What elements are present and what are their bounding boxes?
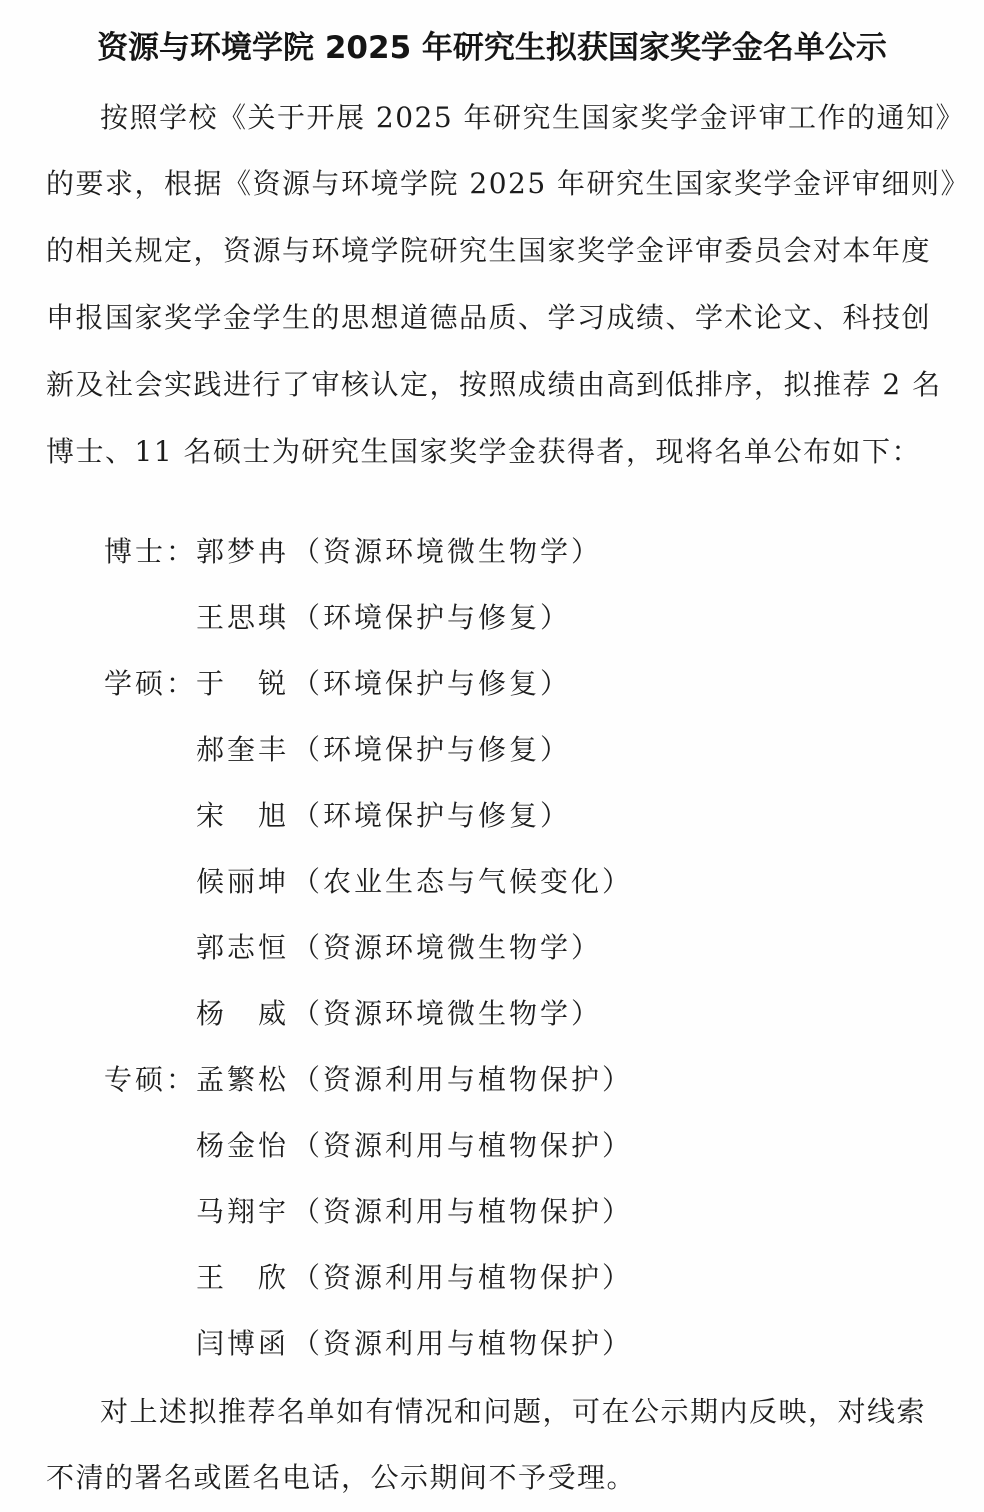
recipient-major: （资源利用与植物保护）: [292, 1190, 633, 1230]
intro-line: 申报国家奖学金学生的思想道德品质、学习成绩、学术论文、科技创: [46, 296, 931, 336]
recipient-major: （资源利用与植物保护）: [292, 1256, 633, 1296]
intro-line: 的相关规定，资源与环境学院研究生国家奖学金评审委员会对本年度: [46, 229, 931, 269]
recipient-name: 王 欣: [196, 1256, 289, 1296]
recipient-name: 王思琪: [196, 596, 289, 636]
recipient-name: 闫博函: [196, 1322, 289, 1362]
recipient-major: （农业生态与气候变化）: [292, 860, 633, 900]
recipient-major: （资源环境微生物学）: [292, 530, 602, 570]
recipient-name: 郭志恒: [196, 926, 289, 966]
recipient-major: （资源环境微生物学）: [292, 926, 602, 966]
recipient-major: （资源环境微生物学）: [292, 992, 602, 1032]
document-title: 资源与环境学院 2025 年研究生拟获国家奖学金名单公示: [0, 22, 984, 67]
recipient-major: （资源利用与植物保护）: [292, 1058, 633, 1098]
recipient-major: （环境保护与修复）: [292, 794, 571, 834]
recipient-name: 杨 威: [196, 992, 289, 1032]
recipient-major: （环境保护与修复）: [292, 596, 571, 636]
degree-category: 博士：: [104, 530, 197, 570]
recipient-name: 马翔宇: [196, 1190, 289, 1230]
recipient-name: 于 锐: [196, 662, 289, 702]
recipient-major: （资源利用与植物保护）: [292, 1322, 633, 1362]
recipient-name: 孟繁松: [196, 1058, 289, 1098]
degree-category: 学硕：: [104, 662, 197, 702]
intro-line: 博士、11 名硕士为研究生国家奖学金获得者，现将名单公布如下：: [46, 430, 921, 470]
recipient-name: 候丽坤: [196, 860, 289, 900]
recipient-name: 郝奎丰: [196, 728, 289, 768]
recipient-name: 郭梦冉: [196, 530, 289, 570]
recipient-name: 宋 旭: [196, 794, 289, 834]
closing-line: 对上述拟推荐名单如有情况和问题，可在公示期内反映，对线索: [100, 1390, 926, 1430]
intro-line: 新及社会实践进行了审核认定，按照成绩由高到低排序，拟推荐 2 名: [46, 363, 942, 403]
intro-line: 按照学校《关于开展 2025 年研究生国家奖学金评审工作的通知》: [100, 96, 965, 136]
intro-line: 的要求，根据《资源与环境学院 2025 年研究生国家奖学金评审细则》: [46, 162, 970, 202]
degree-category: 专硕：: [104, 1058, 197, 1098]
recipient-name: 杨金怡: [196, 1124, 289, 1164]
closing-line: 不清的署名或匿名电话，公示期间不予受理。: [46, 1456, 636, 1496]
recipient-major: （环境保护与修复）: [292, 662, 571, 702]
recipient-major: （环境保护与修复）: [292, 728, 571, 768]
document-page: 资源与环境学院 2025 年研究生拟获国家奖学金名单公示 按照学校《关于开展 2…: [0, 0, 984, 1512]
recipient-major: （资源利用与植物保护）: [292, 1124, 633, 1164]
